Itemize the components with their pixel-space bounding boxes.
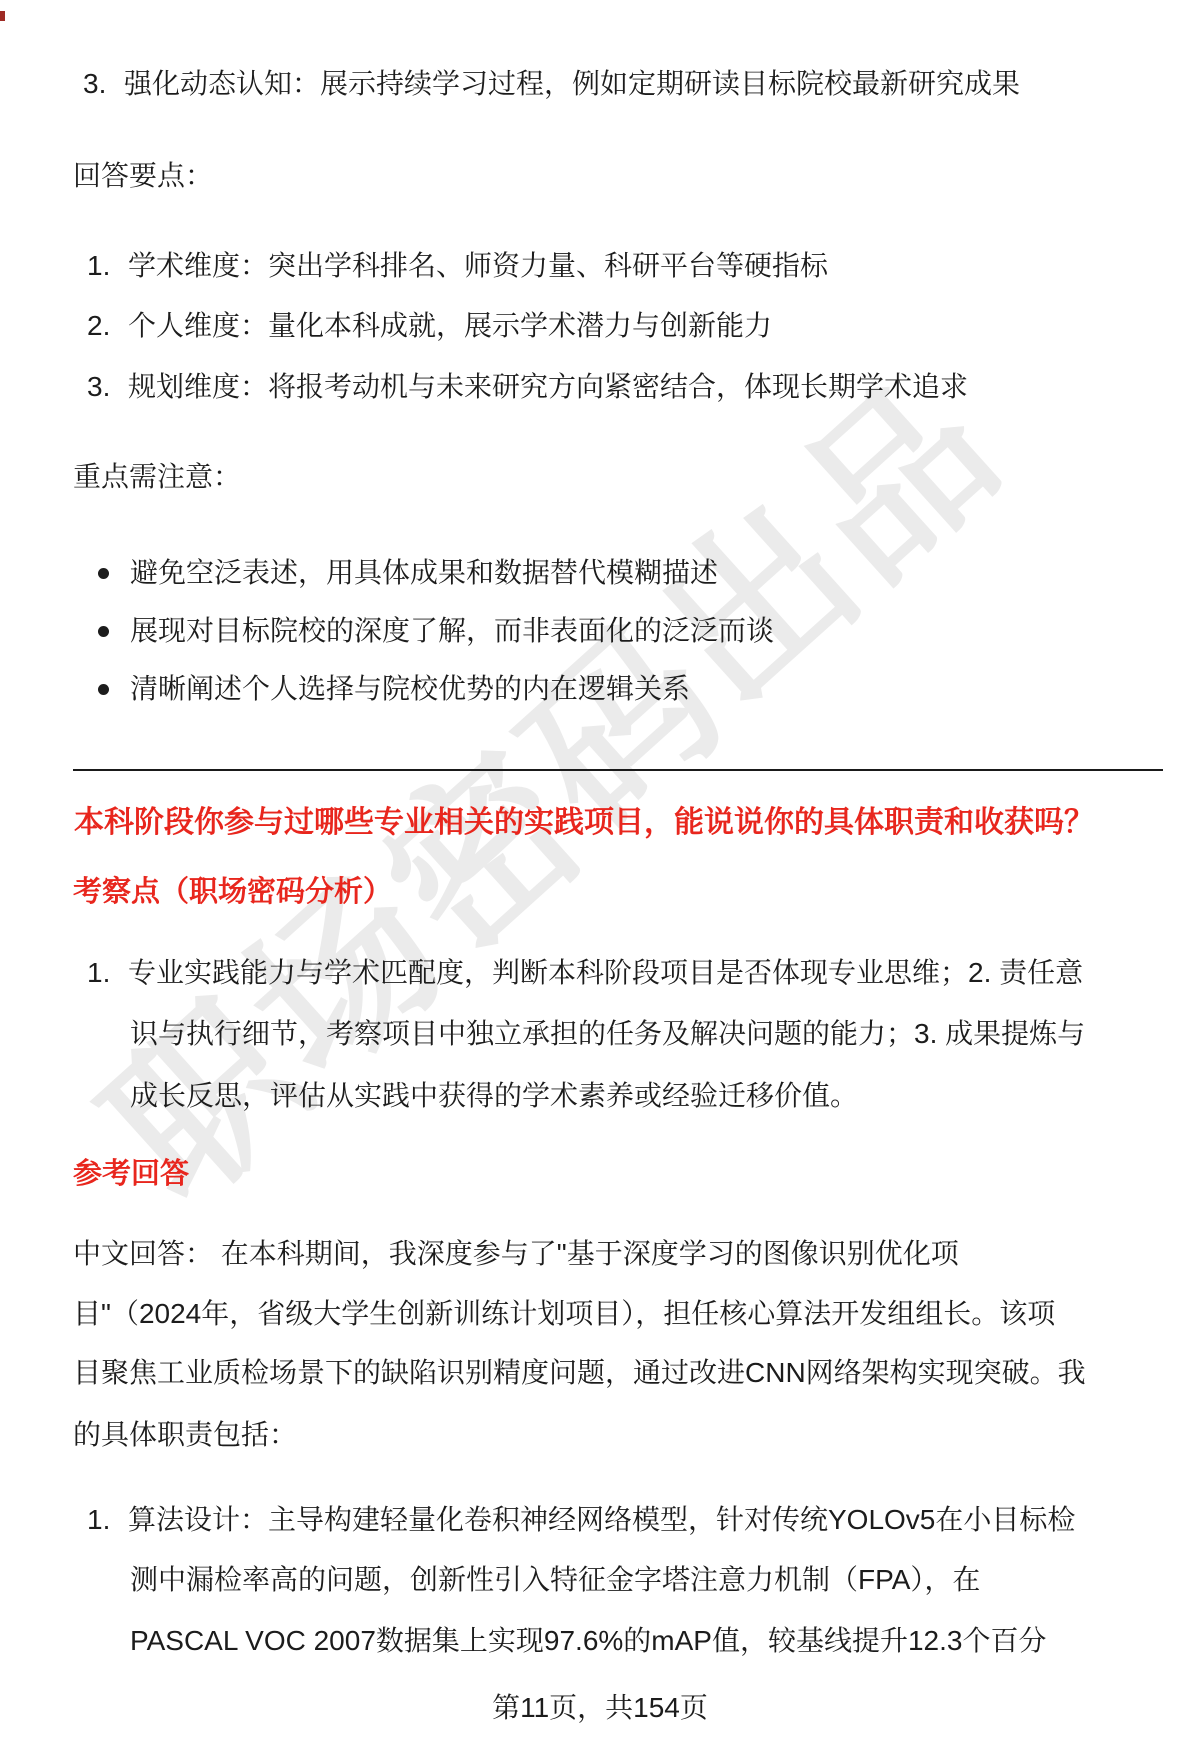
list-item-text: 规划维度：将报考动机与未来研究方向紧密结合，体现长期学术追求 (128, 369, 968, 405)
page-edge-mark (0, 11, 5, 21)
list-item-text: 学术维度：突出学科排名、师资力量、科研平台等硬指标 (128, 248, 828, 284)
duty-item-line: 测中漏检率高的问题，创新性引入特征金字塔注意力机制（FPA），在 (130, 1562, 980, 1598)
bullet-list-item: 避免空泛表述，用具体成果和数据替代模糊描述 (98, 555, 718, 591)
list-item-number: 2. (87, 308, 128, 344)
answer-line: 中文回答： 在本科期间，我深度参与了"基于深度学习的图像识别优化项 (73, 1236, 959, 1272)
section-heading-key-notes: 重点需注意： (73, 459, 241, 495)
bullet-text: 展现对目标院校的深度了解，而非表面化的泛泛而谈 (130, 613, 774, 649)
exam-points-line: 成长反思，评估从实践中获得的学术素养或经验迁移价值。 (130, 1078, 858, 1114)
bullet-list-item: 清晰阐述个人选择与院校优势的内在逻辑关系 (98, 671, 690, 707)
list-item-number: 3. (87, 369, 128, 405)
bullet-text: 清晰阐述个人选择与院校优势的内在逻辑关系 (130, 671, 690, 707)
list-item-number: 1. (87, 1502, 128, 1538)
list-item: 2. 个人维度：量化本科成就，展示学术潜力与创新能力 (87, 308, 772, 344)
reference-answer-heading: 参考回答 (73, 1156, 189, 1193)
document-page: 职场密码出品 3. 强化动态认知：展示持续学习过程，例如定期研读目标院校最新研究… (0, 0, 1200, 1755)
question-title: 本科阶段你参与过哪些专业相关的实践项目，能说说你的具体职责和收获吗？ (74, 804, 1094, 842)
list-item-number: 1. (87, 955, 128, 991)
bullet-icon (98, 626, 109, 637)
answer-line: 目"（2024年，省级大学生创新训练计划项目），担任核心算法开发组组长。该项 (73, 1296, 1055, 1332)
exam-points-line: 1. 专业实践能力与学术匹配度，判断本科阶段项目是否体现专业思维；2. 责任意 (87, 955, 1083, 991)
list-item: 1. 学术维度：突出学科排名、师资力量、科研平台等硬指标 (87, 248, 828, 284)
duty-item-text: 算法设计：主导构建轻量化卷积神经网络模型，针对传统YOLOv5在小目标检 (128, 1502, 1075, 1538)
page-content: 3. 强化动态认知：展示持续学习过程，例如定期研读目标院校最新研究成果 回答要点… (0, 0, 1200, 1755)
answer-line: 目聚焦工业质检场景下的缺陷识别精度问题，通过改进CNN网络架构实现突破。我 (73, 1355, 1086, 1391)
list-item-number: 3. (83, 66, 124, 102)
question-subheading: 考察点（职场密码分析） (73, 874, 392, 911)
page-indicator: 第11页，共154页 (0, 1686, 1200, 1726)
list-item-number: 1. (87, 248, 128, 284)
bullet-icon (98, 568, 109, 579)
bullet-text: 避免空泛表述，用具体成果和数据替代模糊描述 (130, 555, 718, 591)
list-item: 3. 强化动态认知：展示持续学习过程，例如定期研读目标院校最新研究成果 (83, 66, 1020, 102)
bullet-icon (98, 684, 109, 695)
list-item-text: 强化动态认知：展示持续学习过程，例如定期研读目标院校最新研究成果 (124, 66, 1020, 102)
section-divider (73, 769, 1163, 771)
section-heading-answer-points: 回答要点： (73, 158, 213, 194)
bullet-list-item: 展现对目标院校的深度了解，而非表面化的泛泛而谈 (98, 613, 774, 649)
list-item-text: 个人维度：量化本科成就，展示学术潜力与创新能力 (128, 308, 772, 344)
duty-item-line: 1. 算法设计：主导构建轻量化卷积神经网络模型，针对传统YOLOv5在小目标检 (87, 1502, 1075, 1538)
list-item: 3. 规划维度：将报考动机与未来研究方向紧密结合，体现长期学术追求 (87, 369, 968, 405)
exam-points-text: 专业实践能力与学术匹配度，判断本科阶段项目是否体现专业思维；2. 责任意 (128, 955, 1083, 991)
exam-points-line: 识与执行细节，考察项目中独立承担的任务及解决问题的能力；3. 成果提炼与 (130, 1016, 1085, 1052)
answer-line: 的具体职责包括： (73, 1417, 297, 1453)
duty-item-line: PASCAL VOC 2007数据集上实现97.6%的mAP值，较基线提升12.… (130, 1623, 1046, 1659)
